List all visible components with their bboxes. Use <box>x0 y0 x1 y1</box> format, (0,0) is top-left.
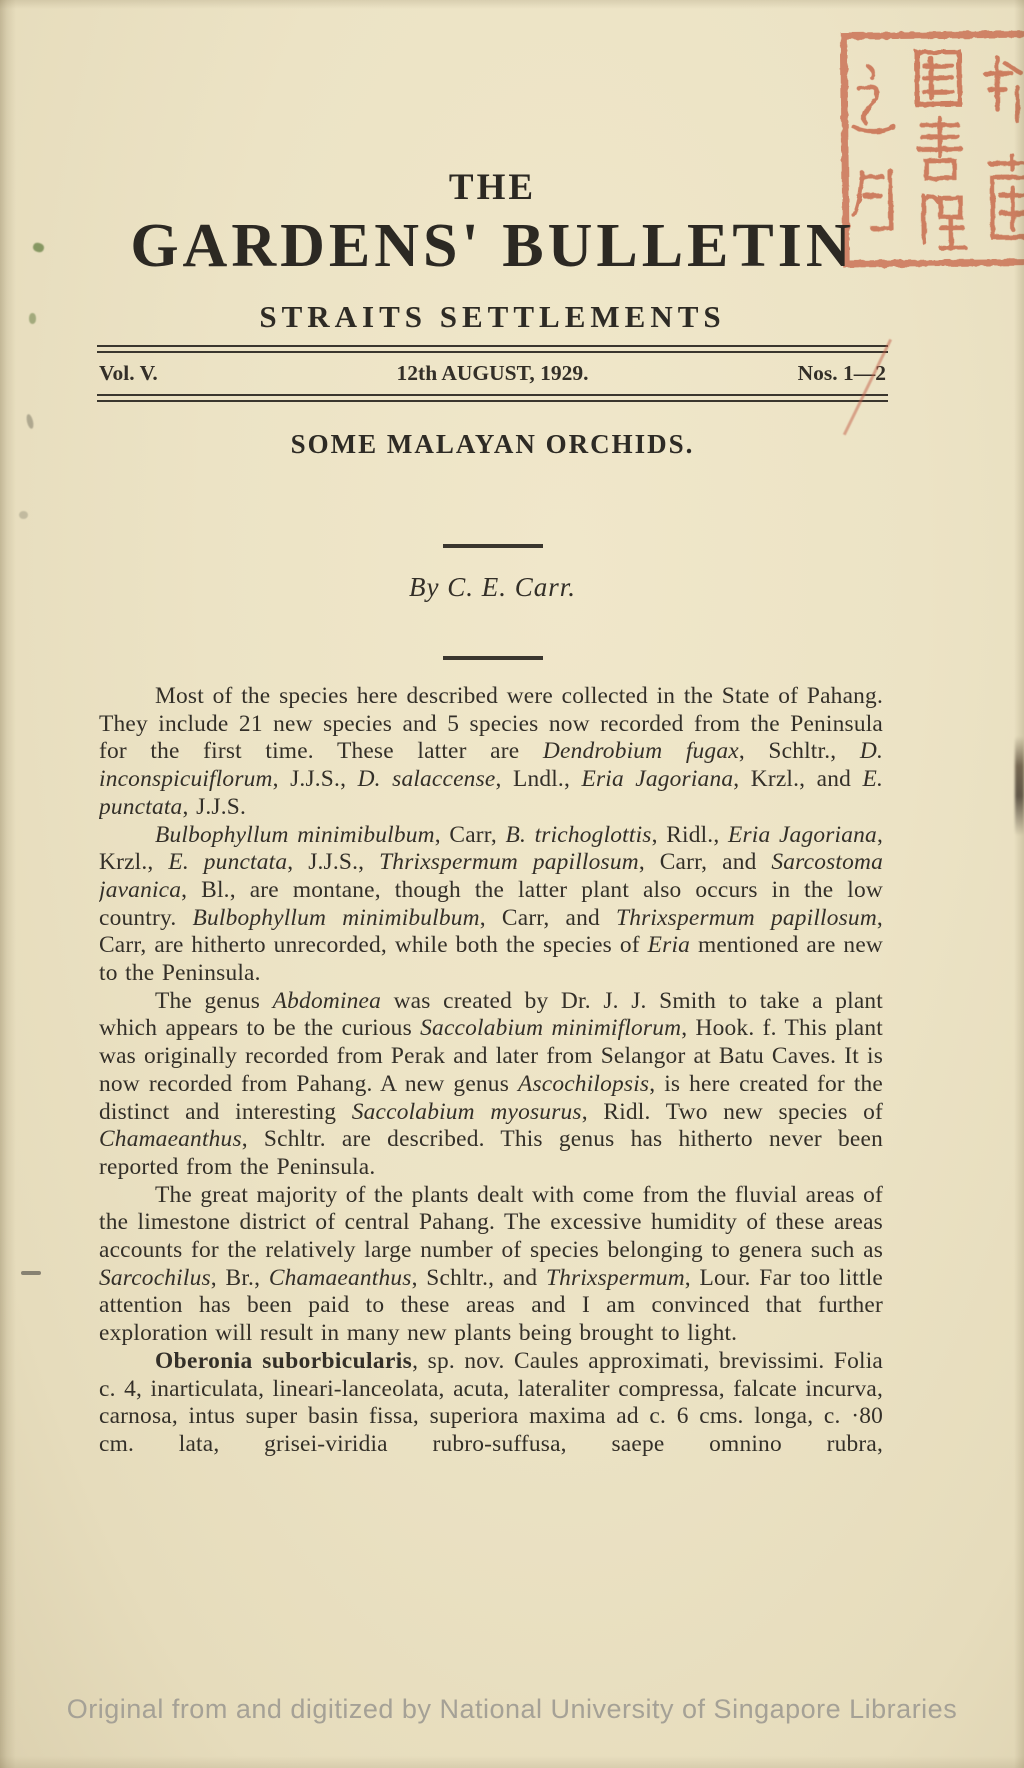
paragraph: The great majority of the plants dealt w… <box>99 1182 883 1348</box>
divider-rule <box>443 544 543 548</box>
paragraph: Most of the species here described were … <box>99 683 883 822</box>
ink-speck <box>25 413 34 429</box>
issue-numbers: Nos. 1—2 <box>798 361 886 386</box>
masthead-title: GARDENS' BULLETIN <box>97 211 888 282</box>
volume-label: Vol. V. <box>99 361 158 386</box>
red-pen-stroke <box>843 339 892 435</box>
top-double-rule <box>97 345 888 353</box>
ink-speck <box>32 242 45 254</box>
issue-row: Vol. V. 12th AUGUST, 1929. Nos. 1—2 <box>97 361 888 387</box>
paragraph: Bulbophyllum minimibulbum, Carr, B. tric… <box>99 822 883 988</box>
ink-speck <box>29 313 36 324</box>
byline: By C. E. Carr. <box>97 572 888 603</box>
divider-rule <box>443 656 543 660</box>
page-edge-smudge <box>1015 736 1024 836</box>
ink-speck <box>19 511 28 519</box>
bottom-double-rule <box>97 394 888 402</box>
footer-credit: Original from and digitized by National … <box>0 1694 1024 1725</box>
scanned-journal-page: THE GARDENS' BULLETIN STRAITS SETTLEMENT… <box>0 0 1024 1768</box>
paragraph: Oberonia suborbicularis, sp. nov. Caules… <box>99 1348 883 1459</box>
margin-dash-mark <box>21 1271 41 1275</box>
masthead-kicker: THE <box>97 166 888 209</box>
paragraph: The genus Abdominea was created by Dr. J… <box>99 988 883 1182</box>
masthead-subtitle: STRAITS SETTLEMENTS <box>97 299 888 335</box>
issue-date: 12th AUGUST, 1929. <box>397 361 589 386</box>
article-title: SOME MALAYAN ORCHIDS. <box>97 429 888 460</box>
article-body: Most of the species here described were … <box>99 683 883 1668</box>
